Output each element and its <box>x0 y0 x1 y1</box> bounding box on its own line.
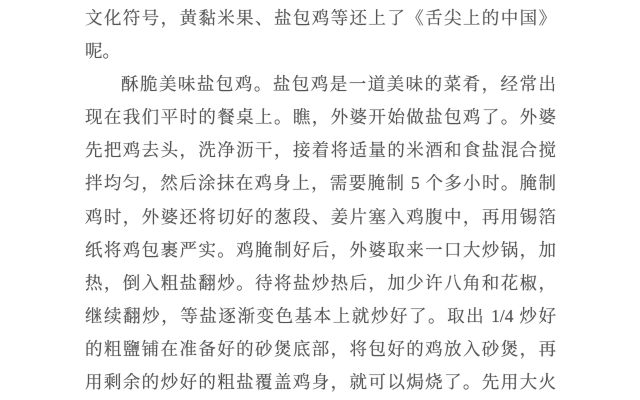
text-line: 鸡时，外婆还将切好的葱段、姜片塞入鸡腹中，再用锡箔 <box>85 201 556 234</box>
text-line: 现在我们平时的餐桌上。瞧，外婆开始做盐包鸡了。外婆 <box>85 101 556 134</box>
text-line: 用剩余的炒好的粗盐覆盖鸡身，就可以焗烧了。先用大火 <box>85 366 556 399</box>
text-line: 拌均匀，然后涂抹在鸡身上，需要腌制 5 个多小时。腌制 <box>85 167 556 200</box>
text-line: 酥脆美味盐包鸡。盐包鸡是一道美味的菜肴，经常出 <box>85 68 556 101</box>
document-viewport: 文化符号，黄黏米果、盐包鸡等还上了《舌尖上的中国》 呢。 酥脆美味盐包鸡。盐包鸡… <box>0 0 640 400</box>
text-line: 继续翻炒，等盐逐渐变色基本上就炒好了。取出 1/4 炒好 <box>85 300 556 333</box>
text-line: 先把鸡去头，洗净沥干，接着将适量的米酒和食盐混合搅 <box>85 134 556 167</box>
document-page: 文化符号，黄黏米果、盐包鸡等还上了《舌尖上的中国》 呢。 酥脆美味盐包鸡。盐包鸡… <box>0 0 640 400</box>
text-line: 的粗鹽铺在准备好的砂煲底部，将包好的鸡放入砂煲，再 <box>85 333 556 366</box>
text-line: 呢。 <box>85 35 556 68</box>
text-line: 文化符号，黄黏米果、盐包鸡等还上了《舌尖上的中国》 <box>85 2 556 35</box>
text-line: 热，倒入粗盐翻炒。待将盐炒热后，加少许八角和花椒， <box>85 267 556 300</box>
text-line: 纸将鸡包裹严实。鸡腌制好后，外婆取来一口大炒锅，加 <box>85 234 556 267</box>
